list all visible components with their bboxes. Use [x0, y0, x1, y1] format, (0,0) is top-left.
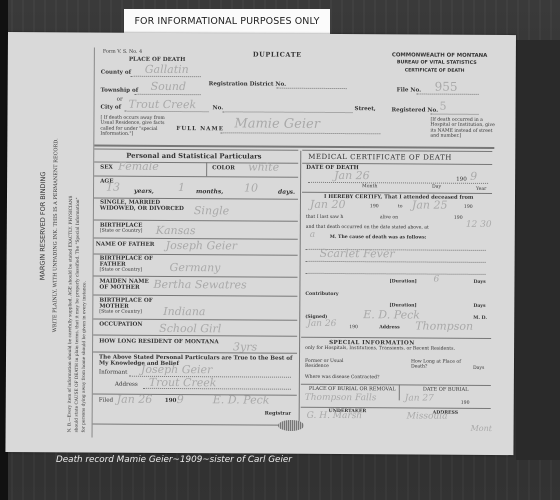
contributory-days-label: Days — [473, 304, 485, 309]
duration-label: [Duration] — [389, 279, 416, 285]
from-year-label: 190 — [370, 204, 379, 209]
township-line — [135, 94, 201, 95]
photo-caption: Death record Mamie Geier~1909~sister of … — [56, 455, 292, 465]
physician-signature: E. D. Peck — [363, 308, 420, 321]
father-name-value: Joseph Geier — [166, 239, 237, 252]
physician-address-label: Address — [379, 325, 400, 331]
burial-place-label: PLACE OF BURIAL OR REMOVAL — [309, 387, 396, 393]
file-no-value: 955 — [435, 80, 458, 94]
township-value: Sound — [151, 80, 186, 93]
cause-of-death-value: Scarlet Fever — [320, 247, 395, 260]
cause-statement: M. The cause of death was as follows: — [330, 235, 427, 241]
full-name-label: FULL NAME — [176, 126, 224, 132]
burial-place-value: Thompson Falls — [305, 393, 377, 403]
margin-note-1: N. B.—Every item of information should b… — [68, 196, 74, 433]
corner-annotation: Mont — [471, 424, 492, 433]
filed-year-value: 9 — [177, 393, 184, 406]
death-time-value: 12 30 — [466, 220, 492, 230]
commonwealth-heading: COMMONWEALTH OF MONTANA — [392, 52, 488, 59]
filed-date-value: Jan 26 — [117, 393, 153, 406]
alive-on-label: alive on — [380, 215, 398, 221]
am-pm-value: a — [310, 230, 315, 240]
physician-address-value: Thompson — [415, 319, 473, 332]
mother-maiden-name-label: MAIDEN NAME OF MOTHER — [99, 279, 159, 291]
years-label: years, — [134, 188, 154, 195]
marital-status-value: Single — [194, 204, 229, 217]
cause-line-3 — [306, 273, 486, 275]
burial-divider — [399, 384, 400, 400]
month-label: Month — [362, 184, 377, 189]
occupation-value: School Girl — [159, 322, 221, 335]
alive-year-label: 190 — [454, 216, 463, 221]
burial-year-label: 190 — [461, 401, 470, 406]
date-of-death-value: Jan 26 — [334, 169, 370, 182]
sex-label: SEX — [100, 165, 113, 171]
to-year-label: 190 — [464, 205, 473, 210]
number-line — [223, 111, 353, 113]
full-name-value: Mamie Geier — [234, 116, 320, 132]
father-birthplace-label: BIRTHPLACE OF FATHER — [100, 256, 160, 268]
county-label: County of — [101, 70, 131, 76]
duration-value: 6 — [433, 275, 439, 285]
registered-no-line — [431, 114, 479, 115]
margin-binding-text: MARGIN RESERVED FOR BINDING — [38, 172, 47, 281]
registrar-label: Registrar — [265, 411, 291, 417]
full-name-line — [220, 132, 380, 134]
sex-divider — [206, 162, 207, 176]
mother-birthplace-hint: [State or Country] — [99, 310, 142, 316]
medical-top-rule — [302, 150, 492, 152]
registration-line — [277, 88, 347, 89]
color-value: white — [248, 160, 279, 173]
registered-no-value: 5 — [440, 100, 447, 113]
informant-label: Informant — [99, 370, 127, 376]
hospital-note: [If death occurred in a Hospital or Inst… — [430, 118, 498, 140]
burial-date-value: Jan 27 — [405, 393, 434, 403]
filed-label: Filed — [99, 398, 113, 404]
filed-year-label: 190 — [165, 398, 177, 404]
registration-district-label: Registration District No. — [209, 81, 286, 87]
city-label: City of — [101, 105, 122, 111]
bottom-rule — [93, 424, 303, 426]
column-divider — [299, 151, 302, 429]
mother-birthplace-value: Indiana — [163, 305, 205, 318]
city-value: Trout Creek — [129, 98, 197, 111]
township-label: Township of — [101, 88, 139, 94]
last-saw-label: that I last saw h — [306, 215, 343, 221]
undertaker-address-value: Missoula — [407, 411, 448, 421]
certificate-heading: CERTIFICATE OF DEATH — [405, 68, 465, 73]
duplicate-label: DUPLICATE — [253, 50, 302, 58]
special-info-subtitle: only for Hospitals, Institutions, Transi… — [305, 346, 489, 353]
day-label: Day — [432, 185, 441, 190]
file-no-line — [417, 93, 479, 94]
informational-banner: FOR INFORMATIONAL PURPOSES ONLY — [124, 9, 330, 34]
age-months-value: 1 — [178, 181, 185, 194]
medical-title: MEDICAL CERTIFICATE OF DEATH — [308, 153, 452, 162]
rule — [93, 295, 297, 297]
months-label: months, — [196, 188, 223, 195]
duration-days-label: Days — [473, 280, 485, 285]
father-name-label: NAME OF FATHER — [96, 242, 155, 248]
birthplace-hint: [State or Country] — [100, 229, 143, 235]
rule — [301, 337, 491, 339]
margin-note-3: for persons dying away from home should … — [82, 281, 88, 432]
year-label: Year — [476, 187, 486, 192]
how-long-label: How Long at Place of Death? — [411, 359, 461, 370]
birthplace-value: Kansas — [156, 224, 196, 237]
father-birthplace-value: Germany — [170, 261, 221, 274]
margin-write-text: WRITE PLAINLY, WITH UNFADING INK. THIS I… — [52, 138, 59, 332]
age-years-value: 13 — [106, 181, 120, 194]
or-label: or — [117, 97, 123, 103]
county-value: Gallatin — [145, 63, 189, 76]
color-label: COLOR — [212, 165, 235, 171]
marital-status-label: SINGLE, MARRIED WIDOWED, OR DIVORCED — [100, 200, 190, 213]
former-residence-label: Former or Usual Residence — [305, 359, 345, 370]
rule — [94, 176, 298, 178]
bureau-heading: BUREAU OF VITAL STATISTICS — [397, 60, 477, 65]
how-long-days-label: Days — [473, 366, 484, 371]
md-label: M. D. — [473, 316, 487, 321]
certificate-form: Form V. S. No. 4 DUPLICATE PLACE OF DEAT… — [92, 48, 503, 440]
attended-to-value: Jan 25 — [412, 198, 448, 211]
rule — [93, 319, 297, 321]
days-label: days. — [278, 189, 295, 196]
burial-date-label: DATE OF BURIAL — [423, 388, 469, 394]
contributory-label: Contributory — [305, 292, 338, 298]
death-certificate: MARGIN RESERVED FOR BINDING WRITE PLAINL… — [5, 32, 516, 455]
age-days-value: 10 — [244, 181, 258, 194]
to-label: to — [398, 204, 403, 209]
sex-value: Female — [118, 160, 159, 173]
binding-margin: MARGIN RESERVED FOR BINDING WRITE PLAINL… — [5, 32, 88, 452]
official-seal-icon — [278, 420, 304, 431]
date-line — [308, 182, 488, 184]
occupation-label: OCCUPATION — [99, 322, 142, 328]
death-year-value: 9 — [470, 170, 477, 183]
resident-duration-label: HOW LONG RESIDENT OF MONTANA — [99, 339, 219, 346]
signed-year-label: 190 — [349, 325, 358, 330]
rule — [93, 352, 297, 354]
personal-top-rule — [94, 149, 298, 151]
margin-note-2: should state CAUSE OF DEATH in plain ter… — [75, 197, 81, 432]
informant-value: Joseph Geier — [141, 363, 212, 376]
cause-line-2 — [306, 261, 486, 263]
mother-maiden-name-value: Bertha Sewatres — [153, 278, 246, 292]
registrar-signature: E. D. Peck — [213, 393, 270, 406]
disease-contracted-label: Where was disease Contracted? — [305, 375, 380, 381]
right-background — [516, 40, 560, 460]
undertaker-value: G. H. Marsh — [307, 411, 363, 421]
signed-date-value: Jan 26 — [307, 319, 336, 329]
death-occurred-statement: and that death occurred on the date stat… — [306, 225, 429, 231]
street-label: Street, — [355, 106, 376, 112]
form-number: Form V. S. No. 4 — [103, 50, 142, 56]
rule — [94, 220, 298, 222]
certify-statement: I HEREBY CERTIFY, That I attended deceas… — [324, 194, 473, 201]
father-birthplace-hint: [State or Country] — [100, 268, 143, 274]
mother-birthplace-label: BIRTHPLACE OF MOTHER — [99, 298, 159, 310]
attended-from-value: Jan 20 — [310, 198, 346, 211]
informant-address-label: Address — [115, 382, 138, 388]
informant-address-value: Trout Creek — [149, 376, 217, 389]
usual-residence-note: [ If death occurs away from Usual Reside… — [100, 116, 168, 138]
rule — [93, 335, 297, 337]
